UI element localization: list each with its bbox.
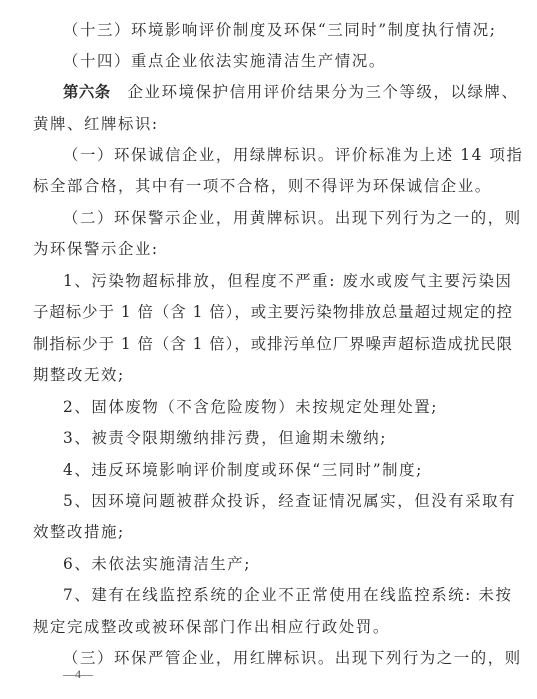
list-item-7: 7、建有在线监控系统的企业不正常使用在线监控系统: 未按 xyxy=(63,583,493,607)
article-label: 第六条 xyxy=(63,83,111,101)
list-item-4: 4、违反环境影响评价制度或环保“三同时”制度; xyxy=(63,458,493,482)
document-page: （十三）环境影响评价制度及环保“三同时”制度执行情况; （十四）重点企业依法实施… xyxy=(0,0,537,699)
text-line: 期整改无效; xyxy=(33,363,463,387)
text-line-red-card: （三）环保严管企业，用红牌标识。出现下列行为之一的，则 xyxy=(63,646,493,670)
text-line: 为环保警示企业: xyxy=(33,237,463,261)
text-line: 子超标少于 1 倍（含 1 倍），或主要污染物排放总量超过规定的控 xyxy=(33,300,463,324)
text-line-green-card: （一）环保诚信企业，用绿牌标识。评价标准为上述 14 项指 xyxy=(63,143,493,167)
text-line-yellow-card: （二）环保警示企业，用黄牌标识。出现下列行为之一的，则 xyxy=(63,206,493,230)
list-item-2: 2、固体废物（不含危险废物）未按规定处理处置; xyxy=(63,395,493,419)
text-line: 制指标少于 1 倍（含 1 倍），或排污单位厂界噪声超标造成扰民限 xyxy=(33,332,463,356)
text-line: 规定完成整改或被环保部门作出相应行政处罚。 xyxy=(33,615,463,639)
list-item-3: 3、被责令限期缴纳排污费，但逾期未缴纳; xyxy=(63,426,493,450)
text-line: 效整改措施; xyxy=(33,520,463,544)
text-line: 黄牌、红牌标识: xyxy=(33,112,463,136)
list-item-6: 6、未依法实施清洁生产; xyxy=(63,552,493,576)
article-6-heading-line: 第六条 企业环境保护信用评价结果分为三个等级，以绿牌、 xyxy=(63,80,493,104)
article-text: 企业环境保护信用评价结果分为三个等级，以绿牌、 xyxy=(111,83,519,101)
page-number: —4— xyxy=(63,664,93,684)
text-line-item-14: （十四）重点企业依法实施清洁生产情况。 xyxy=(63,49,493,73)
list-item-5: 5、因环境问题被群众投诉，经查证情况属实，但没有采取有 xyxy=(63,489,493,513)
text-line-item-13: （十三）环境影响评价制度及环保“三同时”制度执行情况; xyxy=(63,18,493,42)
text-line: 标全部合格，其中有一项不合格，则不得评为环保诚信企业。 xyxy=(33,174,463,198)
list-item-1: 1、污染物超标排放，但程度不严重: 废水或废气主要污染因 xyxy=(63,269,493,293)
